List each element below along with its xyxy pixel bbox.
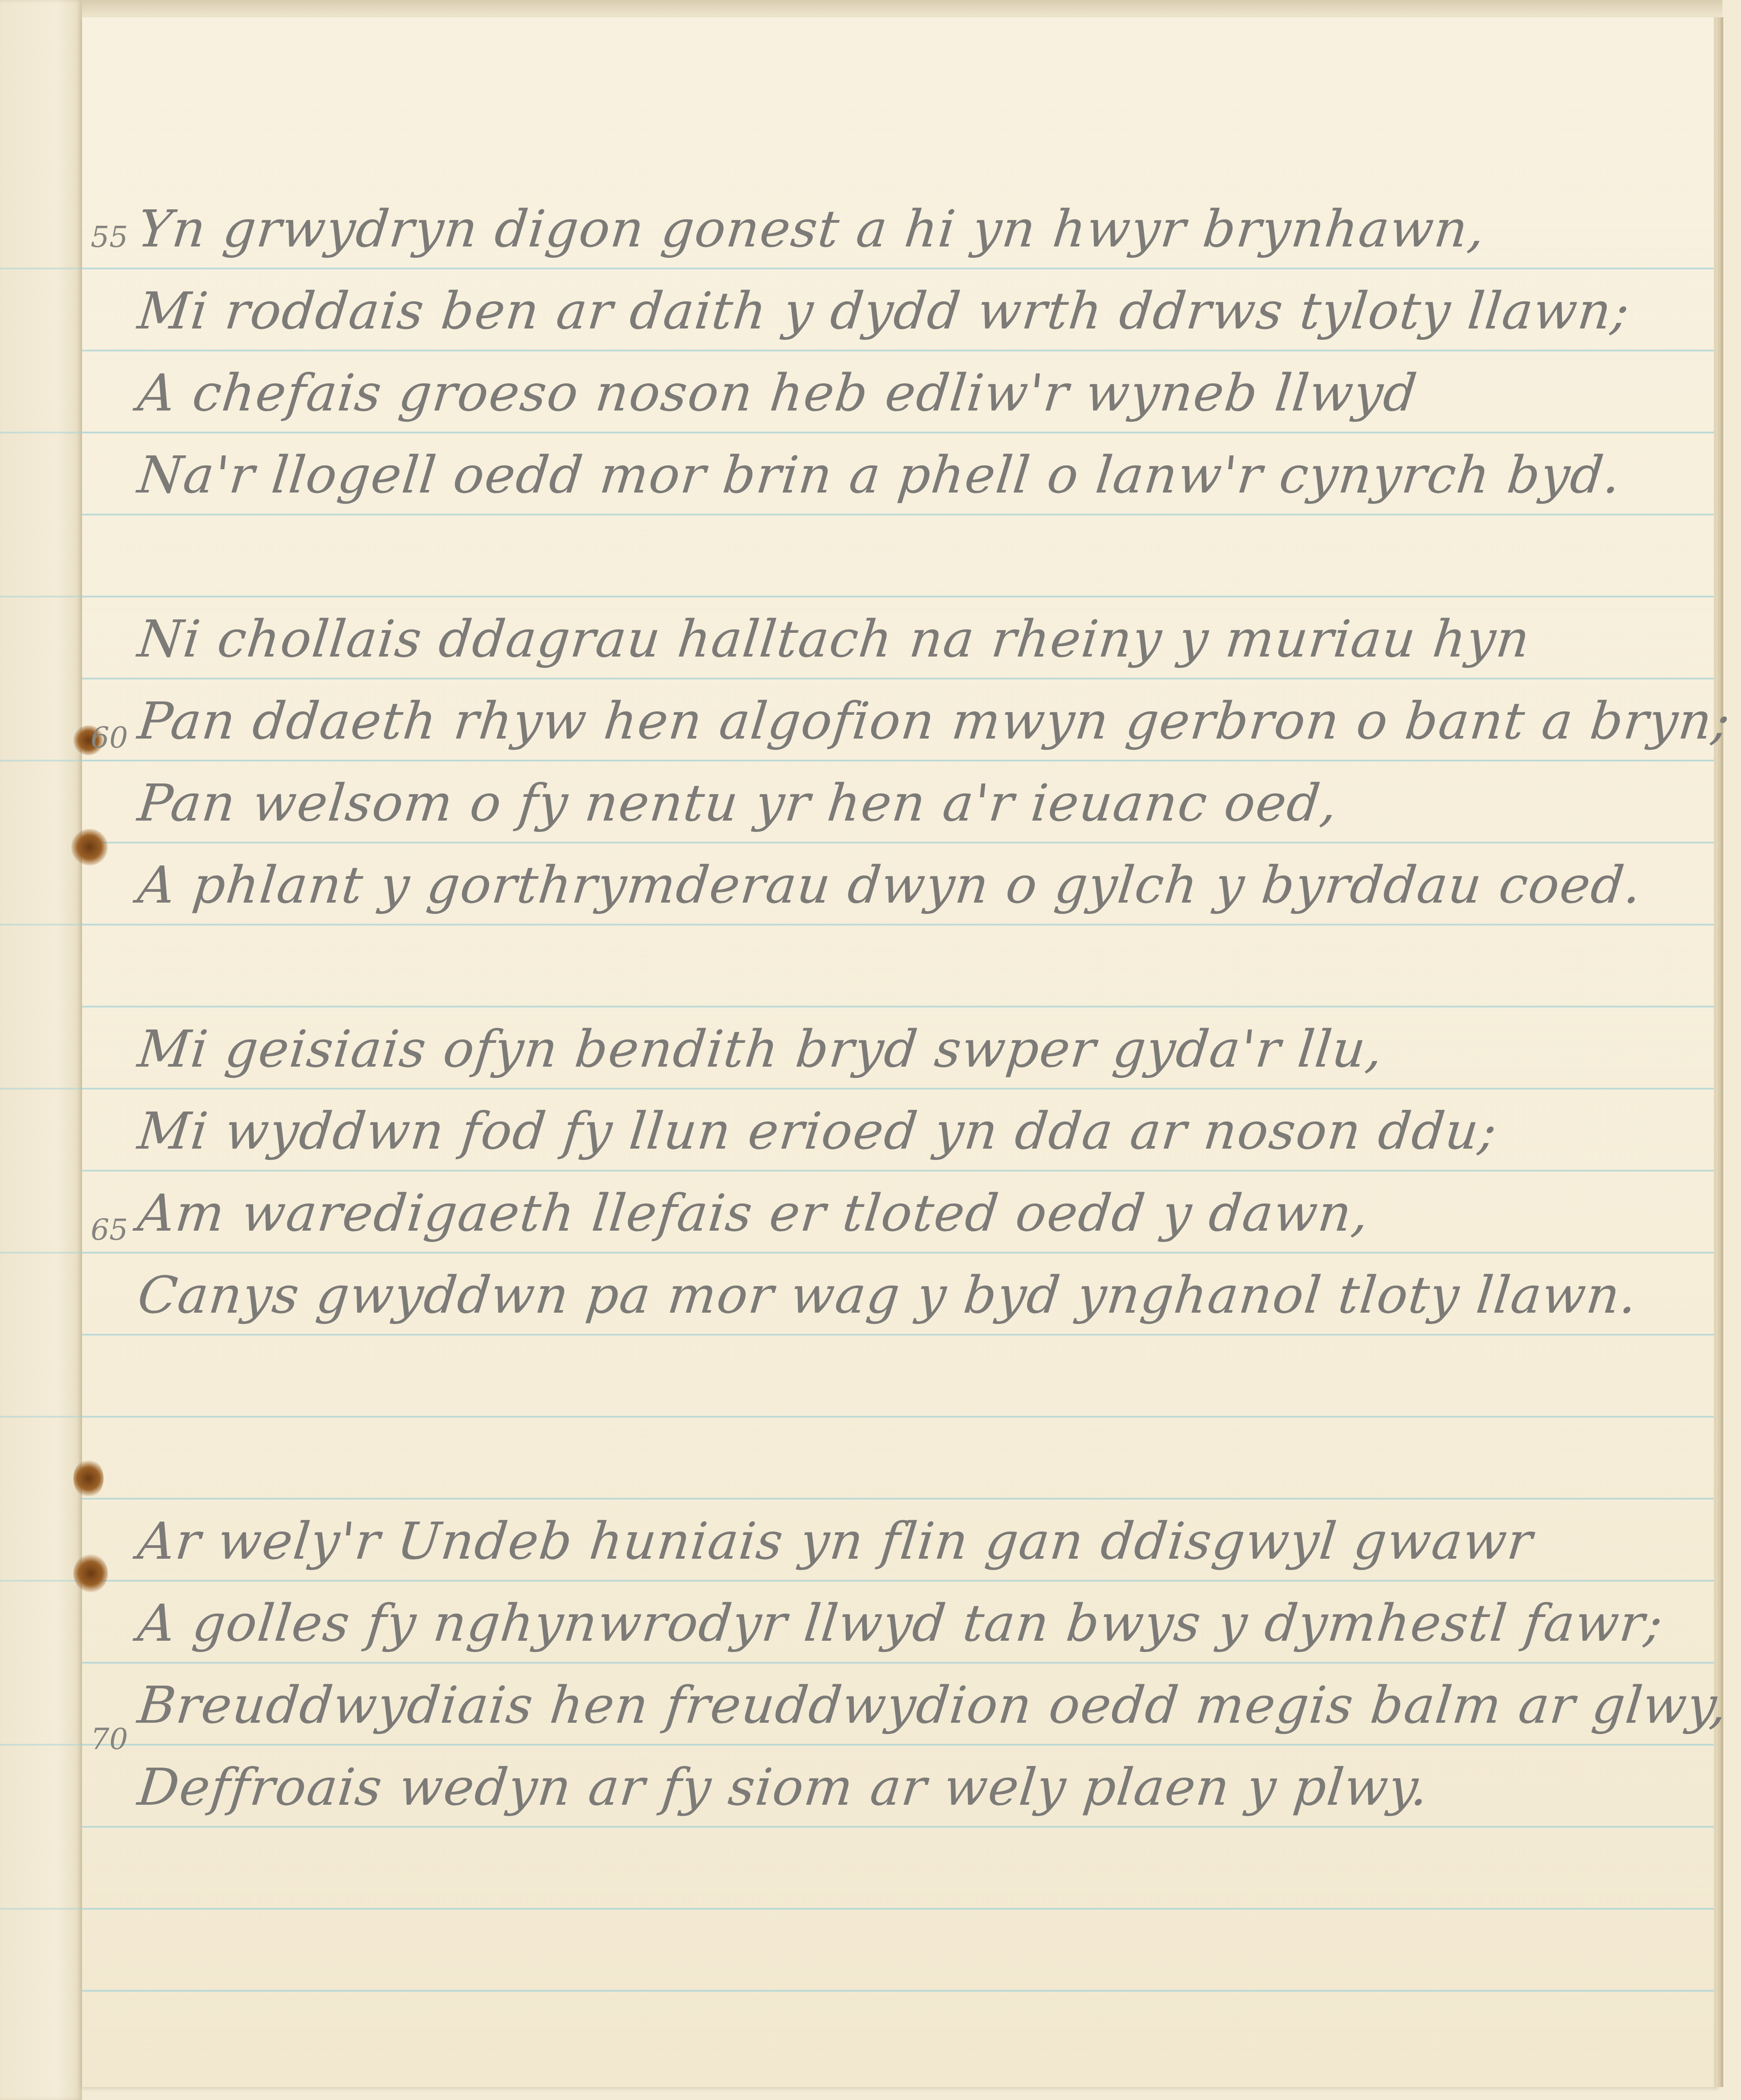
- poem-line: Am waredigaeth llefais er tloted oedd y …: [133, 1170, 1374, 1256]
- poem-line: Mi roddais ben ar daith y dydd wrth ddrw…: [133, 268, 1634, 354]
- notebook-page: 55 Yn grwydryn digon gonest a hi yn hwyr…: [82, 17, 1718, 2087]
- poem-line: Ni chollais ddagrau halltach na rheiny y…: [133, 596, 1534, 682]
- line-number-margin: 65: [91, 1213, 128, 1247]
- poem: 55 Yn grwydryn digon gonest a hi yn hwyr…: [82, 17, 1714, 2087]
- ruled-line: [0, 1416, 82, 1418]
- line-number-margin: 70: [91, 1722, 128, 1756]
- ruled-line: [0, 1580, 82, 1582]
- poem-line: Pan welsom o fy nentu yr hen a'r ieuanc …: [133, 760, 1342, 846]
- poem-line: Pan ddaeth rhyw hen algofion mwyn gerbro…: [133, 678, 1735, 764]
- ruled-line: [0, 1252, 82, 1254]
- ruled-line: [0, 432, 82, 433]
- poem-line: Canys gwyddwn pa mor wag y byd ynghanol …: [133, 1252, 1642, 1338]
- line-number-margin: 60: [91, 721, 128, 755]
- poem-line: A chefais groeso noson heb edliw'r wyneb…: [133, 350, 1422, 436]
- poem-line: A golles fy nghynwrodyr llwyd tan bwys y…: [133, 1580, 1668, 1666]
- poem-line: Breuddwydiais hen freuddwydion oedd megi…: [133, 1662, 1732, 1748]
- ruled-line: [0, 1088, 82, 1089]
- poem-line: Ar wely'r Undeb huniais yn flin gan ddis…: [133, 1498, 1537, 1584]
- page-top-edge: [82, 0, 1722, 17]
- poem-line: Mi geisiais ofyn bendith bryd swper gyda…: [133, 1006, 1387, 1092]
- line-number-margin: 55: [91, 220, 128, 254]
- poem-line: Mi wyddwn fod fy llun erioed yn dda ar n…: [133, 1088, 1501, 1174]
- ruled-line: [0, 1744, 82, 1746]
- poem-line: Yn grwydryn digon gonest a hi yn hwyr br…: [133, 186, 1490, 272]
- ruled-line: [0, 924, 82, 925]
- notebook-cover-flap: [0, 0, 82, 2100]
- ruled-line: [0, 760, 82, 761]
- ruled-line: [0, 1908, 82, 1910]
- poem-line: Na'r llogell oedd mor brin a phell o lan…: [133, 432, 1625, 518]
- poem-line: Deffroais wedyn ar fy siom ar wely plaen…: [133, 1744, 1433, 1830]
- ruled-line: [0, 268, 82, 269]
- ruled-line: [0, 596, 82, 597]
- poem-line: A phlant y gorthrymderau dwyn o gylch y …: [133, 842, 1646, 928]
